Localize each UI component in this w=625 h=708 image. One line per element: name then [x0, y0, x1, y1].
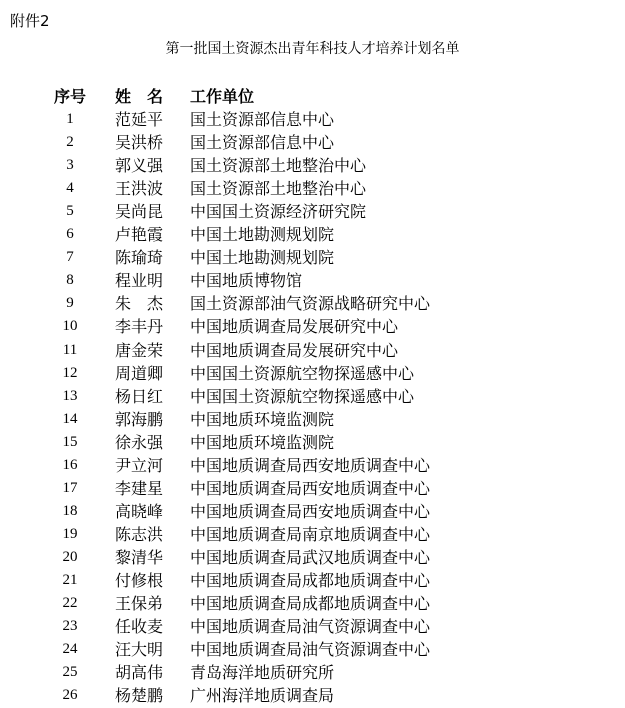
- column-header-index: 序号: [40, 85, 100, 108]
- table-row: 8 程业明 中国地质博物馆: [0, 269, 625, 292]
- table-row: 21 付修根 中国地质调查局成都地质调查中心: [0, 569, 625, 592]
- row-name: 陈瑜琦: [115, 246, 163, 269]
- row-name: 任收麦: [115, 615, 163, 638]
- row-index: 15: [40, 431, 100, 454]
- table-row: 7 陈瑜琦 中国土地勘测规划院: [0, 246, 625, 269]
- row-name: 王保弟: [115, 592, 163, 615]
- table-row: 3 郭义强 国土资源部土地整治中心: [0, 154, 625, 177]
- row-unit: 中国土地勘测规划院: [190, 223, 334, 246]
- row-unit: 中国国土资源经济研究院: [190, 200, 366, 223]
- row-index: 14: [40, 408, 100, 431]
- row-index: 3: [40, 154, 100, 177]
- row-name: 唐金荣: [115, 339, 163, 362]
- row-unit: 中国地质调查局西安地质调查中心: [190, 454, 430, 477]
- table-row: 17 李建星 中国地质调查局西安地质调查中心: [0, 477, 625, 500]
- table-row: 24 汪大明 中国地质调查局油气资源调查中心: [0, 638, 625, 661]
- column-header-unit: 工作单位: [190, 85, 254, 108]
- row-index: 22: [40, 592, 100, 615]
- row-name: 黎清华: [115, 546, 163, 569]
- table-row: 13 杨日红 中国国土资源航空物探遥感中心: [0, 385, 625, 408]
- row-index: 23: [40, 615, 100, 638]
- row-index: 13: [40, 385, 100, 408]
- table-row: 25 胡高伟 青岛海洋地质研究所: [0, 661, 625, 684]
- attachment-label: 附件2: [10, 13, 50, 29]
- table-row: 23 任收麦 中国地质调查局油气资源调查中心: [0, 615, 625, 638]
- row-unit: 国土资源部土地整治中心: [190, 177, 366, 200]
- table-row: 1 范延平 国土资源部信息中心: [0, 108, 625, 131]
- row-index: 8: [40, 269, 100, 292]
- row-name: 李丰丹: [115, 315, 163, 338]
- talent-table: 序号 姓 名 工作单位 1 范延平 国土资源部信息中心 2 吴洪桥 国土资源部信…: [0, 85, 625, 707]
- row-unit: 中国地质调查局油气资源调查中心: [190, 638, 430, 661]
- row-name: 杨日红: [115, 385, 163, 408]
- table-row: 19 陈志洪 中国地质调查局南京地质调查中心: [0, 523, 625, 546]
- row-unit: 中国地质调查局西安地质调查中心: [190, 500, 430, 523]
- row-unit: 中国土地勘测规划院: [190, 246, 334, 269]
- table-row: 18 高晓峰 中国地质调查局西安地质调查中心: [0, 500, 625, 523]
- row-index: 7: [40, 246, 100, 269]
- row-index: 18: [40, 500, 100, 523]
- row-index: 20: [40, 546, 100, 569]
- column-header-name: 姓 名: [115, 85, 163, 108]
- table-body: 1 范延平 国土资源部信息中心 2 吴洪桥 国土资源部信息中心 3 郭义强 国土…: [0, 108, 625, 707]
- row-name: 周道卿: [115, 362, 163, 385]
- row-index: 5: [40, 200, 100, 223]
- row-unit: 广州海洋地质调查局: [190, 684, 334, 707]
- row-unit: 中国地质调查局发展研究中心: [190, 315, 398, 338]
- table-row: 16 尹立河 中国地质调查局西安地质调查中心: [0, 454, 625, 477]
- table-row: 26 杨楚鹏 广州海洋地质调查局: [0, 684, 625, 707]
- row-name: 程业明: [115, 269, 163, 292]
- row-unit: 国土资源部土地整治中心: [190, 154, 366, 177]
- row-index: 6: [40, 223, 100, 246]
- row-index: 16: [40, 454, 100, 477]
- row-unit: 中国国土资源航空物探遥感中心: [190, 362, 414, 385]
- row-name: 陈志洪: [115, 523, 163, 546]
- table-row: 11 唐金荣 中国地质调查局发展研究中心: [0, 339, 625, 362]
- row-unit: 中国地质调查局发展研究中心: [190, 339, 398, 362]
- row-index: 26: [40, 684, 100, 707]
- row-index: 10: [40, 315, 100, 338]
- row-unit: 国土资源部油气资源战略研究中心: [190, 292, 430, 315]
- row-name: 吴洪桥: [115, 131, 163, 154]
- row-index: 21: [40, 569, 100, 592]
- row-unit: 国土资源部信息中心: [190, 108, 334, 131]
- row-unit: 中国地质调查局武汉地质调查中心: [190, 546, 430, 569]
- table-row: 6 卢艳霞 中国土地勘测规划院: [0, 223, 625, 246]
- row-index: 24: [40, 638, 100, 661]
- row-name: 李建星: [115, 477, 163, 500]
- table-header-row: 序号 姓 名 工作单位: [0, 85, 625, 108]
- row-index: 4: [40, 177, 100, 200]
- row-name: 胡高伟: [115, 661, 163, 684]
- row-unit: 中国地质调查局成都地质调查中心: [190, 592, 430, 615]
- row-index: 25: [40, 661, 100, 684]
- row-name: 范延平: [115, 108, 163, 131]
- table-row: 4 王洪波 国土资源部土地整治中心: [0, 177, 625, 200]
- row-name: 汪大明: [115, 638, 163, 661]
- page-title: 第一批国土资源杰出青年科技人才培养计划名单: [0, 41, 625, 58]
- row-unit: 中国地质调查局成都地质调查中心: [190, 569, 430, 592]
- row-unit: 青岛海洋地质研究所: [190, 661, 334, 684]
- row-index: 11: [40, 339, 100, 362]
- row-unit: 中国地质环境监测院: [190, 408, 334, 431]
- table-row: 20 黎清华 中国地质调查局武汉地质调查中心: [0, 546, 625, 569]
- row-index: 19: [40, 523, 100, 546]
- row-name: 朱 杰: [115, 292, 163, 315]
- row-unit: 中国地质环境监测院: [190, 431, 334, 454]
- row-name: 尹立河: [115, 454, 163, 477]
- table-row: 10 李丰丹 中国地质调查局发展研究中心: [0, 315, 625, 338]
- row-name: 王洪波: [115, 177, 163, 200]
- row-unit: 中国地质调查局油气资源调查中心: [190, 615, 430, 638]
- table-row: 12 周道卿 中国国土资源航空物探遥感中心: [0, 362, 625, 385]
- row-unit: 中国地质博物馆: [190, 269, 302, 292]
- row-index: 12: [40, 362, 100, 385]
- row-name: 郭海鹏: [115, 408, 163, 431]
- row-unit: 中国地质调查局南京地质调查中心: [190, 523, 430, 546]
- table-row: 14 郭海鹏 中国地质环境监测院: [0, 408, 625, 431]
- table-row: 15 徐永强 中国地质环境监测院: [0, 431, 625, 454]
- row-name: 徐永强: [115, 431, 163, 454]
- row-index: 17: [40, 477, 100, 500]
- row-index: 1: [40, 108, 100, 131]
- table-row: 5 吴尚昆 中国国土资源经济研究院: [0, 200, 625, 223]
- row-unit: 中国国土资源航空物探遥感中心: [190, 385, 414, 408]
- table-row: 9 朱 杰 国土资源部油气资源战略研究中心: [0, 292, 625, 315]
- row-name: 郭义强: [115, 154, 163, 177]
- row-name: 吴尚昆: [115, 200, 163, 223]
- row-name: 付修根: [115, 569, 163, 592]
- row-index: 2: [40, 131, 100, 154]
- row-name: 杨楚鹏: [115, 684, 163, 707]
- row-unit: 中国地质调查局西安地质调查中心: [190, 477, 430, 500]
- row-name: 高晓峰: [115, 500, 163, 523]
- row-index: 9: [40, 292, 100, 315]
- row-unit: 国土资源部信息中心: [190, 131, 334, 154]
- table-row: 22 王保弟 中国地质调查局成都地质调查中心: [0, 592, 625, 615]
- row-name: 卢艳霞: [115, 223, 163, 246]
- table-row: 2 吴洪桥 国土资源部信息中心: [0, 131, 625, 154]
